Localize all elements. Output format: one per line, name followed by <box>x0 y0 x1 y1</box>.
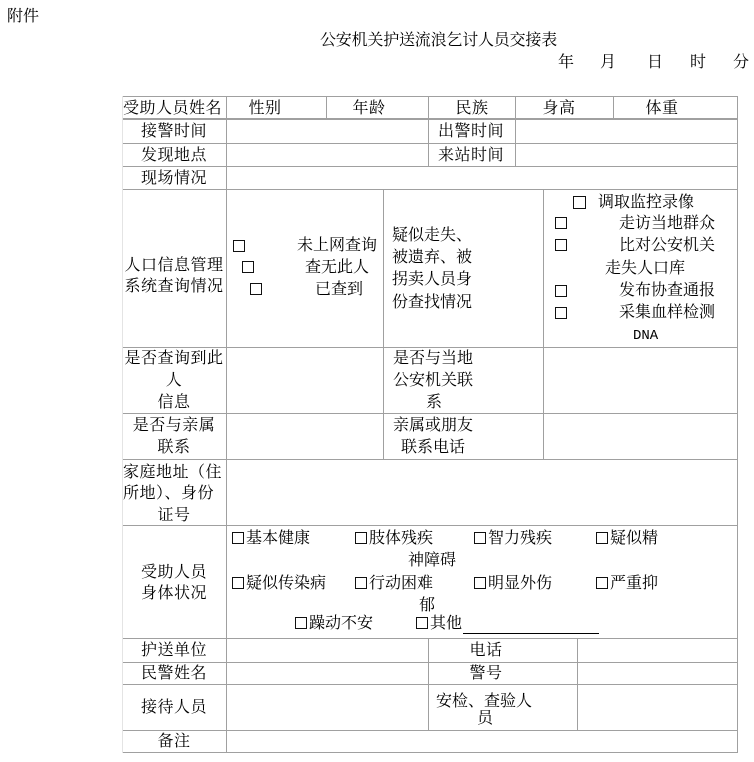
relative-phone-field[interactable] <box>544 414 736 458</box>
checkbox-suspected-infectious[interactable] <box>232 577 244 589</box>
option-not-found-label: 查无此人 <box>305 258 369 276</box>
checkbox-severe-depression[interactable] <box>596 577 608 589</box>
grid-line <box>122 96 123 753</box>
relatives-contact-field[interactable] <box>227 414 382 458</box>
remarks-field[interactable] <box>227 731 736 751</box>
checkbox-basic-healthy[interactable] <box>232 532 244 544</box>
health-label-line2: 身体状况 <box>141 584 207 602</box>
grid-line <box>122 189 738 190</box>
grid-line <box>428 119 429 166</box>
phone-field[interactable] <box>578 639 736 661</box>
checkbox-dna-sample[interactable] <box>555 307 567 319</box>
checkbox-visible-injury[interactable] <box>474 577 486 589</box>
grid-line <box>122 118 738 120</box>
option-severe-depression-label-cont: 郁 <box>419 596 435 614</box>
grid-line <box>613 96 614 119</box>
checkbox-limb-disability[interactable] <box>355 532 367 544</box>
age-label: 年龄 <box>352 99 385 117</box>
option-not-queried-label: 未上网查询 <box>297 236 377 254</box>
badge-number-label: 警号 <box>469 664 502 682</box>
scene-field[interactable] <box>227 167 736 188</box>
name-label: 受助人员姓名 <box>123 99 222 117</box>
grid-line <box>383 189 384 459</box>
option-agitated-label: 躁动不安 <box>309 614 373 632</box>
option-mobility-difficulty-label: 行动困难 <box>369 574 433 592</box>
officer-name-label: 民警姓名 <box>141 664 207 682</box>
option-intellectual-disability-label: 智力残疾 <box>488 529 552 547</box>
date-unit-minute: 分 <box>733 53 749 71</box>
checkbox-mobility-difficulty[interactable] <box>355 577 367 589</box>
local-police-label-line1: 是否与当地 <box>393 349 473 367</box>
grid-line <box>428 96 429 119</box>
missing-search-label-line3: 拐卖人员身 <box>392 270 472 288</box>
gender-label: 性别 <box>248 99 281 117</box>
form-title: 公安机关护送流浪乞讨人员交接表 <box>320 31 557 49</box>
remarks-label: 备注 <box>157 732 190 750</box>
local-police-field[interactable] <box>544 348 736 412</box>
grid-line <box>737 96 738 753</box>
grid-line <box>122 752 738 753</box>
address-label-line1: 家庭地址（住 <box>123 463 222 481</box>
checkbox-not-queried[interactable] <box>233 240 245 252</box>
option-suspected-mental-disorder-label: 疑似精 <box>610 529 658 547</box>
handover-form-page: 附件 公安机关护送流浪乞讨人员交接表 年 月 日 时 分 <box>0 0 754 762</box>
receiver-label: 接待人员 <box>141 698 207 716</box>
attachment-label: 附件 <box>7 7 39 25</box>
address-label-line3: 证号 <box>157 506 190 524</box>
checkbox-visit-locals[interactable] <box>555 217 567 229</box>
option-basic-healthy-label: 基本健康 <box>246 529 310 547</box>
date-unit-month: 月 <box>600 53 616 71</box>
found-info-label-line1: 是否查询到此 <box>124 349 223 367</box>
option-publish-notice-label: 发布协查通报 <box>619 281 715 299</box>
option-compare-missing-db-label: 比对公安机关 <box>619 236 715 254</box>
relative-phone-label-line1: 亲属或朋友 <box>393 416 473 434</box>
option-dna-sample-label-cont: DNA <box>633 327 658 345</box>
arrival-time-field[interactable] <box>516 144 736 165</box>
option-visible-injury-label: 明显外伤 <box>488 574 552 592</box>
date-unit-year: 年 <box>558 53 574 71</box>
grid-line <box>122 525 738 526</box>
option-dna-sample-label: 采集血样检测 <box>619 303 715 321</box>
population-query-label-line2: 系统查询情况 <box>124 277 223 295</box>
date-unit-hour: 时 <box>690 53 706 71</box>
height-label: 身高 <box>542 99 575 117</box>
ethnicity-label: 民族 <box>455 99 488 117</box>
grid-line <box>326 96 327 119</box>
found-info-label-line3: 信息 <box>157 393 190 411</box>
arrival-time-label: 来站时间 <box>438 146 504 164</box>
option-found-label: 已查到 <box>315 280 363 298</box>
found-location-label: 发现地点 <box>141 146 207 164</box>
checkbox-found[interactable] <box>250 283 262 295</box>
dispatch-time-label: 出警时间 <box>438 122 504 140</box>
dispatch-time-field[interactable] <box>516 121 736 142</box>
option-visit-locals-label: 走访当地群众 <box>619 214 715 232</box>
checkbox-surveillance-video[interactable] <box>573 196 586 209</box>
scene-label: 现场情况 <box>141 169 207 187</box>
inspector-label-line2: 员 <box>477 709 493 727</box>
checkbox-publish-notice[interactable] <box>555 285 567 297</box>
grid-line <box>515 96 516 119</box>
alarm-time-field[interactable] <box>227 121 427 142</box>
checkbox-other[interactable] <box>416 617 428 629</box>
option-severe-depression-label: 严重抑 <box>610 574 658 592</box>
other-blank-underline <box>463 633 599 634</box>
phone-label: 电话 <box>469 641 502 659</box>
weight-label: 体重 <box>645 99 678 117</box>
address-label-line2: 所地）、身份 <box>123 484 214 502</box>
missing-search-label-line2: 被遗弃、被 <box>392 248 472 266</box>
grid-line <box>122 96 738 97</box>
option-suspected-infectious-label: 疑似传染病 <box>246 574 326 592</box>
grid-line <box>428 638 429 730</box>
local-police-label-line2: 公安机关联 <box>393 371 473 389</box>
population-query-label-line1: 人口信息管理 <box>124 256 223 274</box>
health-label-line1: 受助人员 <box>141 563 207 581</box>
badge-number-field[interactable] <box>578 663 736 683</box>
found-location-field[interactable] <box>227 144 427 165</box>
option-other-label: 其他 <box>430 614 462 632</box>
relatives-contact-label-line1: 是否与亲属 <box>133 416 216 434</box>
alarm-time-label: 接警时间 <box>141 122 207 140</box>
missing-search-label-line4: 份查找情况 <box>392 293 472 311</box>
checkbox-agitated[interactable] <box>295 617 307 629</box>
escort-unit-label: 护送单位 <box>141 641 207 659</box>
relative-phone-label-line2: 联系电话 <box>401 438 465 456</box>
relatives-contact-label-line2: 联系 <box>157 438 190 456</box>
checkbox-not-found[interactable] <box>242 261 254 273</box>
escort-unit-field[interactable] <box>227 639 427 661</box>
other-blank-field[interactable] <box>463 614 599 633</box>
found-info-field[interactable] <box>227 348 382 412</box>
option-limb-disability-label: 肢体残疾 <box>369 529 433 547</box>
option-surveillance-video-label: 调取监控录像 <box>598 193 694 211</box>
receiver-field[interactable] <box>227 685 427 729</box>
checkbox-compare-missing-db[interactable] <box>555 239 567 251</box>
officer-name-field[interactable] <box>227 663 427 683</box>
option-suspected-mental-disorder-label-cont: 神障碍 <box>408 551 456 569</box>
date-unit-day: 日 <box>647 53 663 71</box>
address-field[interactable] <box>227 460 736 524</box>
checkbox-intellectual-disability[interactable] <box>474 532 486 544</box>
missing-search-label-line1: 疑似走失、 <box>392 226 472 244</box>
checkbox-suspected-mental-disorder[interactable] <box>596 532 608 544</box>
found-info-label-line2: 人 <box>166 371 183 389</box>
inspector-field[interactable] <box>578 685 736 729</box>
local-police-label-line3: 系 <box>426 393 442 411</box>
option-compare-missing-db-label-cont: 走失人口库 <box>605 259 685 277</box>
